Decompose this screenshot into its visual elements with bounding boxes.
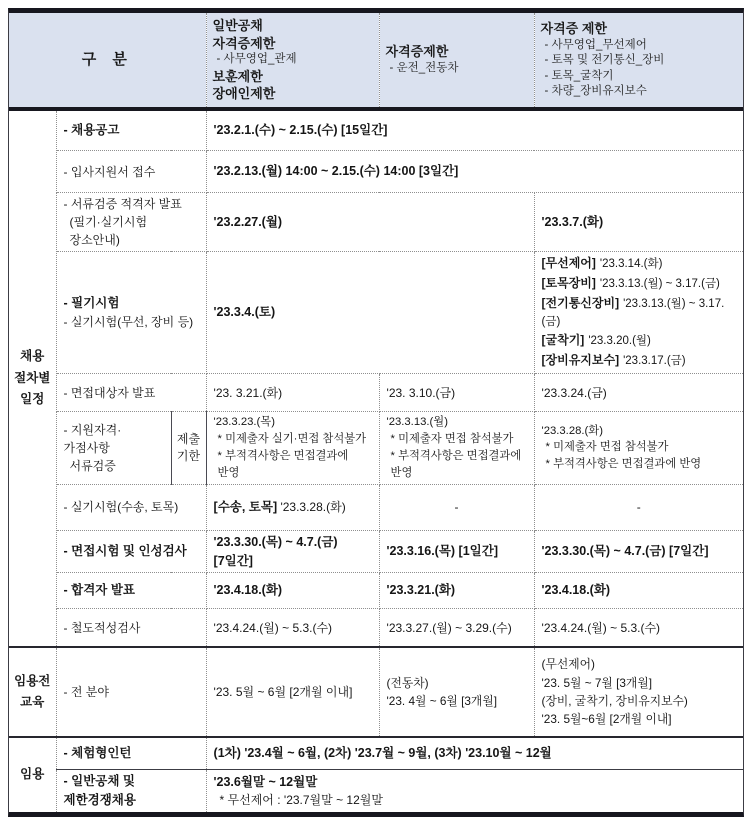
header-col2-title: 자격증제한 xyxy=(386,43,528,61)
row-apply-label: - 입사지원서 접수 xyxy=(56,151,206,193)
header-col3-sub2: - 토목 및 전기통신_장비 xyxy=(541,53,738,69)
row-apply-value: '23.2.13.(월) 14:00 ~ 2.15.(수) 14:00 [3일간… xyxy=(206,151,743,193)
row-pass-value-2: '23.3.21.(화) xyxy=(379,573,534,609)
row-qualification-value-2: '23.3.13.(월) * 미제출자 면접 참석불가 * 부적격사항은 면접결… xyxy=(379,412,534,485)
row-qualification-value-1: '23.3.23.(목) * 미제출자 실기·면접 참석불가 * 부적격사항은 … xyxy=(206,412,379,485)
row-interview-exam-value-1: '23.3.30.(목) ~ 4.7.(금) [7일간] xyxy=(206,530,379,573)
written-item: [토목장비]'23.3.13.(월) ~ 3.17.(금) xyxy=(542,274,737,294)
row-doccheck-label: - 서류검증 적격자 발표 (필기·실기시험 장소안내) xyxy=(56,193,206,252)
header-col1-title1: 일반공채 xyxy=(213,17,373,35)
row-apply: - 입사지원서 접수 '23.2.13.(월) 14:00 ~ 2.15.(수)… xyxy=(9,151,743,193)
written-item: [굴착기]'23.3.20.(월) xyxy=(542,331,737,351)
row-doccheck-value-2: '23.3.7.(화) xyxy=(534,193,743,252)
header-col3-cell: 자격증 제한 - 사무영업_무선제어 - 토목 및 전기통신_장비 - 토목_굴… xyxy=(534,13,743,109)
row-doccheck: - 서류검증 적격자 발표 (필기·실기시험 장소안내) '23.2.27.(월… xyxy=(9,193,743,252)
header-col1-title4: 장애인제한 xyxy=(213,85,373,103)
row-pass-label: - 합격자 발표 xyxy=(56,573,206,609)
row-pass-value-1: '23.4.18.(화) xyxy=(206,573,379,609)
row-interview-exam-label: - 면접시험 및 인성검사 xyxy=(56,530,206,573)
row-interview-exam-value-2: '23.3.16.(목) [1일간] xyxy=(379,530,534,573)
header-col2-cell: 자격증제한 - 운전_전동차 xyxy=(379,13,534,109)
row-intern: 임용 - 체험형인턴 (1차) '23.4월 ~ 6월, (2차) '23.7월… xyxy=(9,737,743,770)
row-aptitude-label: - 철도적성검사 xyxy=(56,609,206,647)
written-item: [무선제어]'23.3.14.(화) xyxy=(542,254,737,274)
row-practical-label: - 실기시험(수송, 토목) xyxy=(56,484,206,530)
written-item: [전기통신장비]'23.3.13.(월) ~ 3.17.(금) xyxy=(542,294,737,332)
written-item: [장비유지보수]'23.3.17.(금) xyxy=(542,351,737,371)
row-final-label: - 일반공채 및 제한경쟁채용 xyxy=(56,770,206,812)
row-qualification-label: - 지원자격·가점사항 서류검증 xyxy=(56,412,171,485)
header-col3-title: 자격증 제한 xyxy=(541,20,738,38)
header-col3-sub1: - 사무영업_무선제어 xyxy=(541,38,738,54)
row-aptitude-value-3: '23.4.24.(월) ~ 5.3.(수) xyxy=(534,609,743,647)
header-col1-cell: 일반공채 자격증제한 - 사무영업_관제 보훈제한 장애인제한 xyxy=(206,13,379,109)
header-category-cell: 구 분 xyxy=(9,13,206,109)
recruitment-schedule-table-frame: 구 분 일반공채 자격증제한 - 사무영업_관제 보훈제한 장애인제한 자격증제… xyxy=(8,8,744,817)
header-col1-title3: 보훈제한 xyxy=(213,68,373,86)
row-qualification-deadline-subcell: 제출 기한 xyxy=(171,412,206,485)
row-interview-list: - 면접대상자 발표 '23. 3.21.(화) '23. 3.10.(금) '… xyxy=(9,374,743,412)
header-col2-sub: - 운전_전동차 xyxy=(386,61,528,77)
row-written-label: - 필기시험 - 실기시험(무선, 장비 등) xyxy=(56,252,206,374)
row-written-value-2: [무선제어]'23.3.14.(화) [토목장비]'23.3.13.(월) ~ … xyxy=(534,252,743,374)
group-pre-education: 임용전 교육 xyxy=(9,647,56,737)
final-value-note: * 무선제어 : '23.7월말 ~ 12월말 xyxy=(214,791,737,809)
recruitment-schedule-table: 구 분 일반공채 자격증제한 - 사무영업_관제 보훈제한 장애인제한 자격증제… xyxy=(9,13,743,812)
row-pre-education-value-2: (전동차) '23. 4월 ~ 6월 [3개월] xyxy=(379,647,534,737)
row-pre-education-label: - 전 분야 xyxy=(56,647,206,737)
row-final-appointment: - 일반공채 및 제한경쟁채용 '23.6월말 ~ 12월말 * 무선제어 : … xyxy=(9,770,743,812)
table-header-row: 구 분 일반공채 자격증제한 - 사무영업_관제 보훈제한 장애인제한 자격증제… xyxy=(9,13,743,109)
final-value-main: '23.6월말 ~ 12월말 xyxy=(214,773,737,792)
row-interview-list-value-2: '23. 3.10.(금) xyxy=(379,374,534,412)
row-written-value-1: '23.3.4.(토) xyxy=(206,252,534,374)
row-aptitude: - 철도적성검사 '23.4.24.(월) ~ 5.3.(수) '23.3.27… xyxy=(9,609,743,647)
group-appointment: 임용 xyxy=(9,737,56,812)
header-col3-sub3: - 토목_굴착기 xyxy=(541,69,738,85)
row-pass-announce: - 합격자 발표 '23.4.18.(화) '23.3.21.(화) '23.4… xyxy=(9,573,743,609)
row-final-value: '23.6월말 ~ 12월말 * 무선제어 : '23.7월말 ~ 12월말 xyxy=(206,770,743,812)
row-practical-value-2: - xyxy=(379,484,534,530)
row-interview-exam: - 면접시험 및 인성검사 '23.3.30.(목) ~ 4.7.(금) [7일… xyxy=(9,530,743,573)
row-aptitude-value-1: '23.4.24.(월) ~ 5.3.(수) xyxy=(206,609,379,647)
row-interview-list-value-3: '23.3.24.(금) xyxy=(534,374,743,412)
row-interview-exam-value-3: '23.3.30.(목) ~ 4.7.(금) [7일간] xyxy=(534,530,743,573)
row-practical: - 실기시험(수송, 토목) [수송, 토목] '23.3.28.(화) - - xyxy=(9,484,743,530)
row-pre-education-value-3: (무선제어) '23. 5월 ~ 7월 [3개월] (장비, 굴착기, 장비유지… xyxy=(534,647,743,737)
header-col1-sub: - 사무영업_관제 xyxy=(213,52,373,68)
row-doccheck-value-1: '23.2.27.(월) xyxy=(206,193,534,252)
row-pre-education-value-1: '23. 5월 ~ 6월 [2개월 이내] xyxy=(206,647,379,737)
row-written-exam: - 필기시험 - 실기시험(무선, 장비 등) '23.3.4.(토) [무선제… xyxy=(9,252,743,374)
row-notice-value: '23.2.1.(수) ~ 2.15.(수) [15일간] xyxy=(206,109,743,151)
row-notice-label: - 채용공고 xyxy=(56,109,206,151)
header-col3-sub4: - 차량_장비유지보수 xyxy=(541,84,738,100)
row-qualification: - 지원자격·가점사항 서류검증 제출 기한 '23.3.23.(목) * 미제… xyxy=(9,412,743,485)
group-recruit-schedule: 채용 절차별 일정 xyxy=(9,109,56,647)
row-notice: 채용 절차별 일정 - 채용공고 '23.2.1.(수) ~ 2.15.(수) … xyxy=(9,109,743,151)
row-practical-value-1: [수송, 토목] '23.3.28.(화) xyxy=(206,484,379,530)
row-practical-value-3: - xyxy=(534,484,743,530)
row-pre-education: 임용전 교육 - 전 분야 '23. 5월 ~ 6월 [2개월 이내] (전동차… xyxy=(9,647,743,737)
row-interview-list-value-1: '23. 3.21.(화) xyxy=(206,374,379,412)
row-intern-value: (1차) '23.4월 ~ 6월, (2차) '23.7월 ~ 9월, (3차)… xyxy=(206,737,743,770)
header-col1-title2: 자격증제한 xyxy=(213,35,373,53)
row-interview-list-label: - 면접대상자 발표 xyxy=(56,374,206,412)
row-qualification-value-3: '23.3.28.(화) * 미제출자 면접 참석불가 * 부적격사항은 면접결… xyxy=(534,412,743,485)
row-pass-value-3: '23.4.18.(화) xyxy=(534,573,743,609)
row-intern-label: - 체험형인턴 xyxy=(56,737,206,770)
row-aptitude-value-2: '23.3.27.(월) ~ 3.29.(수) xyxy=(379,609,534,647)
